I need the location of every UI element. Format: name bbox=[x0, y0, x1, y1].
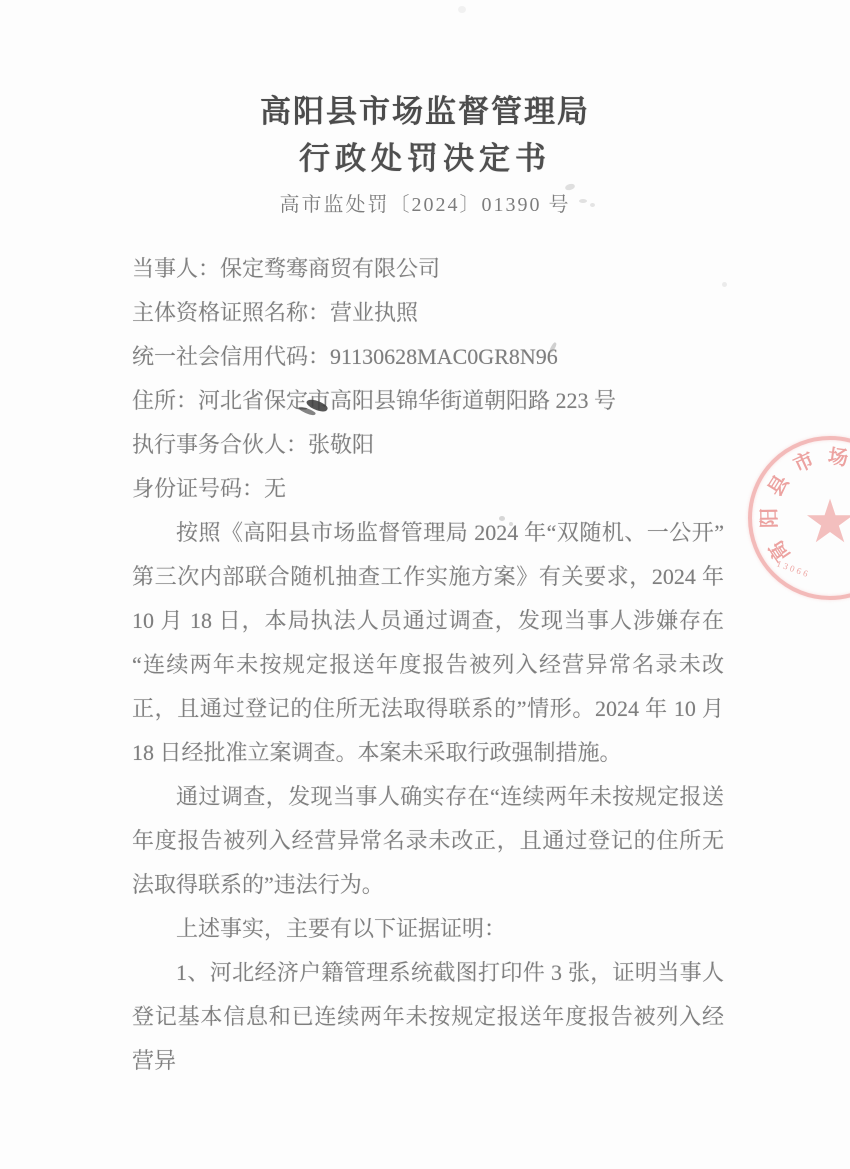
info-line-address: 住所：河北省保定市高阳县锦华街道朝阳路 223 号 bbox=[132, 379, 724, 423]
scanned-penalty-decision-page: 高阳县市场监督管理局 行政处罚决定书 高市监处罚〔2024〕01390 号 当事… bbox=[0, 0, 850, 1169]
info-line-license-type: 主体资格证照名称：营业执照 bbox=[132, 291, 724, 335]
scan-speck bbox=[509, 522, 513, 526]
paragraph-evidence-intro: 上述事实，主要有以下证据证明： bbox=[132, 907, 724, 951]
paragraph-evidence-item-1: 1、河北经济户籍管理系统截图打印件 3 张，证明当事人登记基本信息和已连续两年未… bbox=[132, 951, 724, 1083]
scan-speck bbox=[590, 203, 595, 207]
seal-char-gao: 高 bbox=[765, 536, 796, 567]
paragraph-investigation-basis: 按照《高阳县市场监督管理局 2024 年“双随机、一公开”第三次内部联合随机抽查… bbox=[132, 511, 724, 775]
document-number: 高市监处罚〔2024〕01390 号 bbox=[0, 188, 850, 217]
scan-speck bbox=[499, 516, 505, 521]
seal-char-yang: 阳 bbox=[759, 507, 781, 529]
document-title-authority: 高阳县市场监督管理局 bbox=[0, 86, 850, 131]
paragraph-findings: 通过调查，发现当事人确实存在“连续两年未按规定报送年度报告被列入经营异常名录未改… bbox=[132, 775, 724, 907]
seal-char-xian: 县 bbox=[764, 471, 794, 501]
scan-speck bbox=[579, 199, 587, 203]
info-line-credit-code: 统一社会信用代码：91130628MAC0GR8N96 bbox=[132, 335, 724, 379]
seal-char-shi: 市 bbox=[789, 448, 818, 477]
info-line-party: 当事人：保定骛骞商贸有限公司 bbox=[132, 247, 724, 291]
seal-char-chang: 场 bbox=[826, 446, 850, 471]
info-line-executive-partner: 执行事务合伙人：张敬阳 bbox=[132, 423, 724, 467]
document-title-type: 行政处罚决定书 bbox=[0, 133, 850, 178]
seal-star-icon: ★ bbox=[803, 492, 850, 552]
seal-code-digits: 13066 bbox=[775, 558, 811, 579]
document-body: 当事人：保定骛骞商贸有限公司 主体资格证照名称：营业执照 统一社会信用代码：91… bbox=[132, 247, 724, 1083]
scan-speck bbox=[458, 6, 466, 13]
official-red-seal: ★ 高 阳 县 市 场 13066 bbox=[748, 436, 850, 600]
scan-speck bbox=[722, 282, 727, 287]
info-line-id-number: 身份证号码：无 bbox=[132, 467, 724, 511]
seal-ring-icon bbox=[748, 436, 850, 600]
